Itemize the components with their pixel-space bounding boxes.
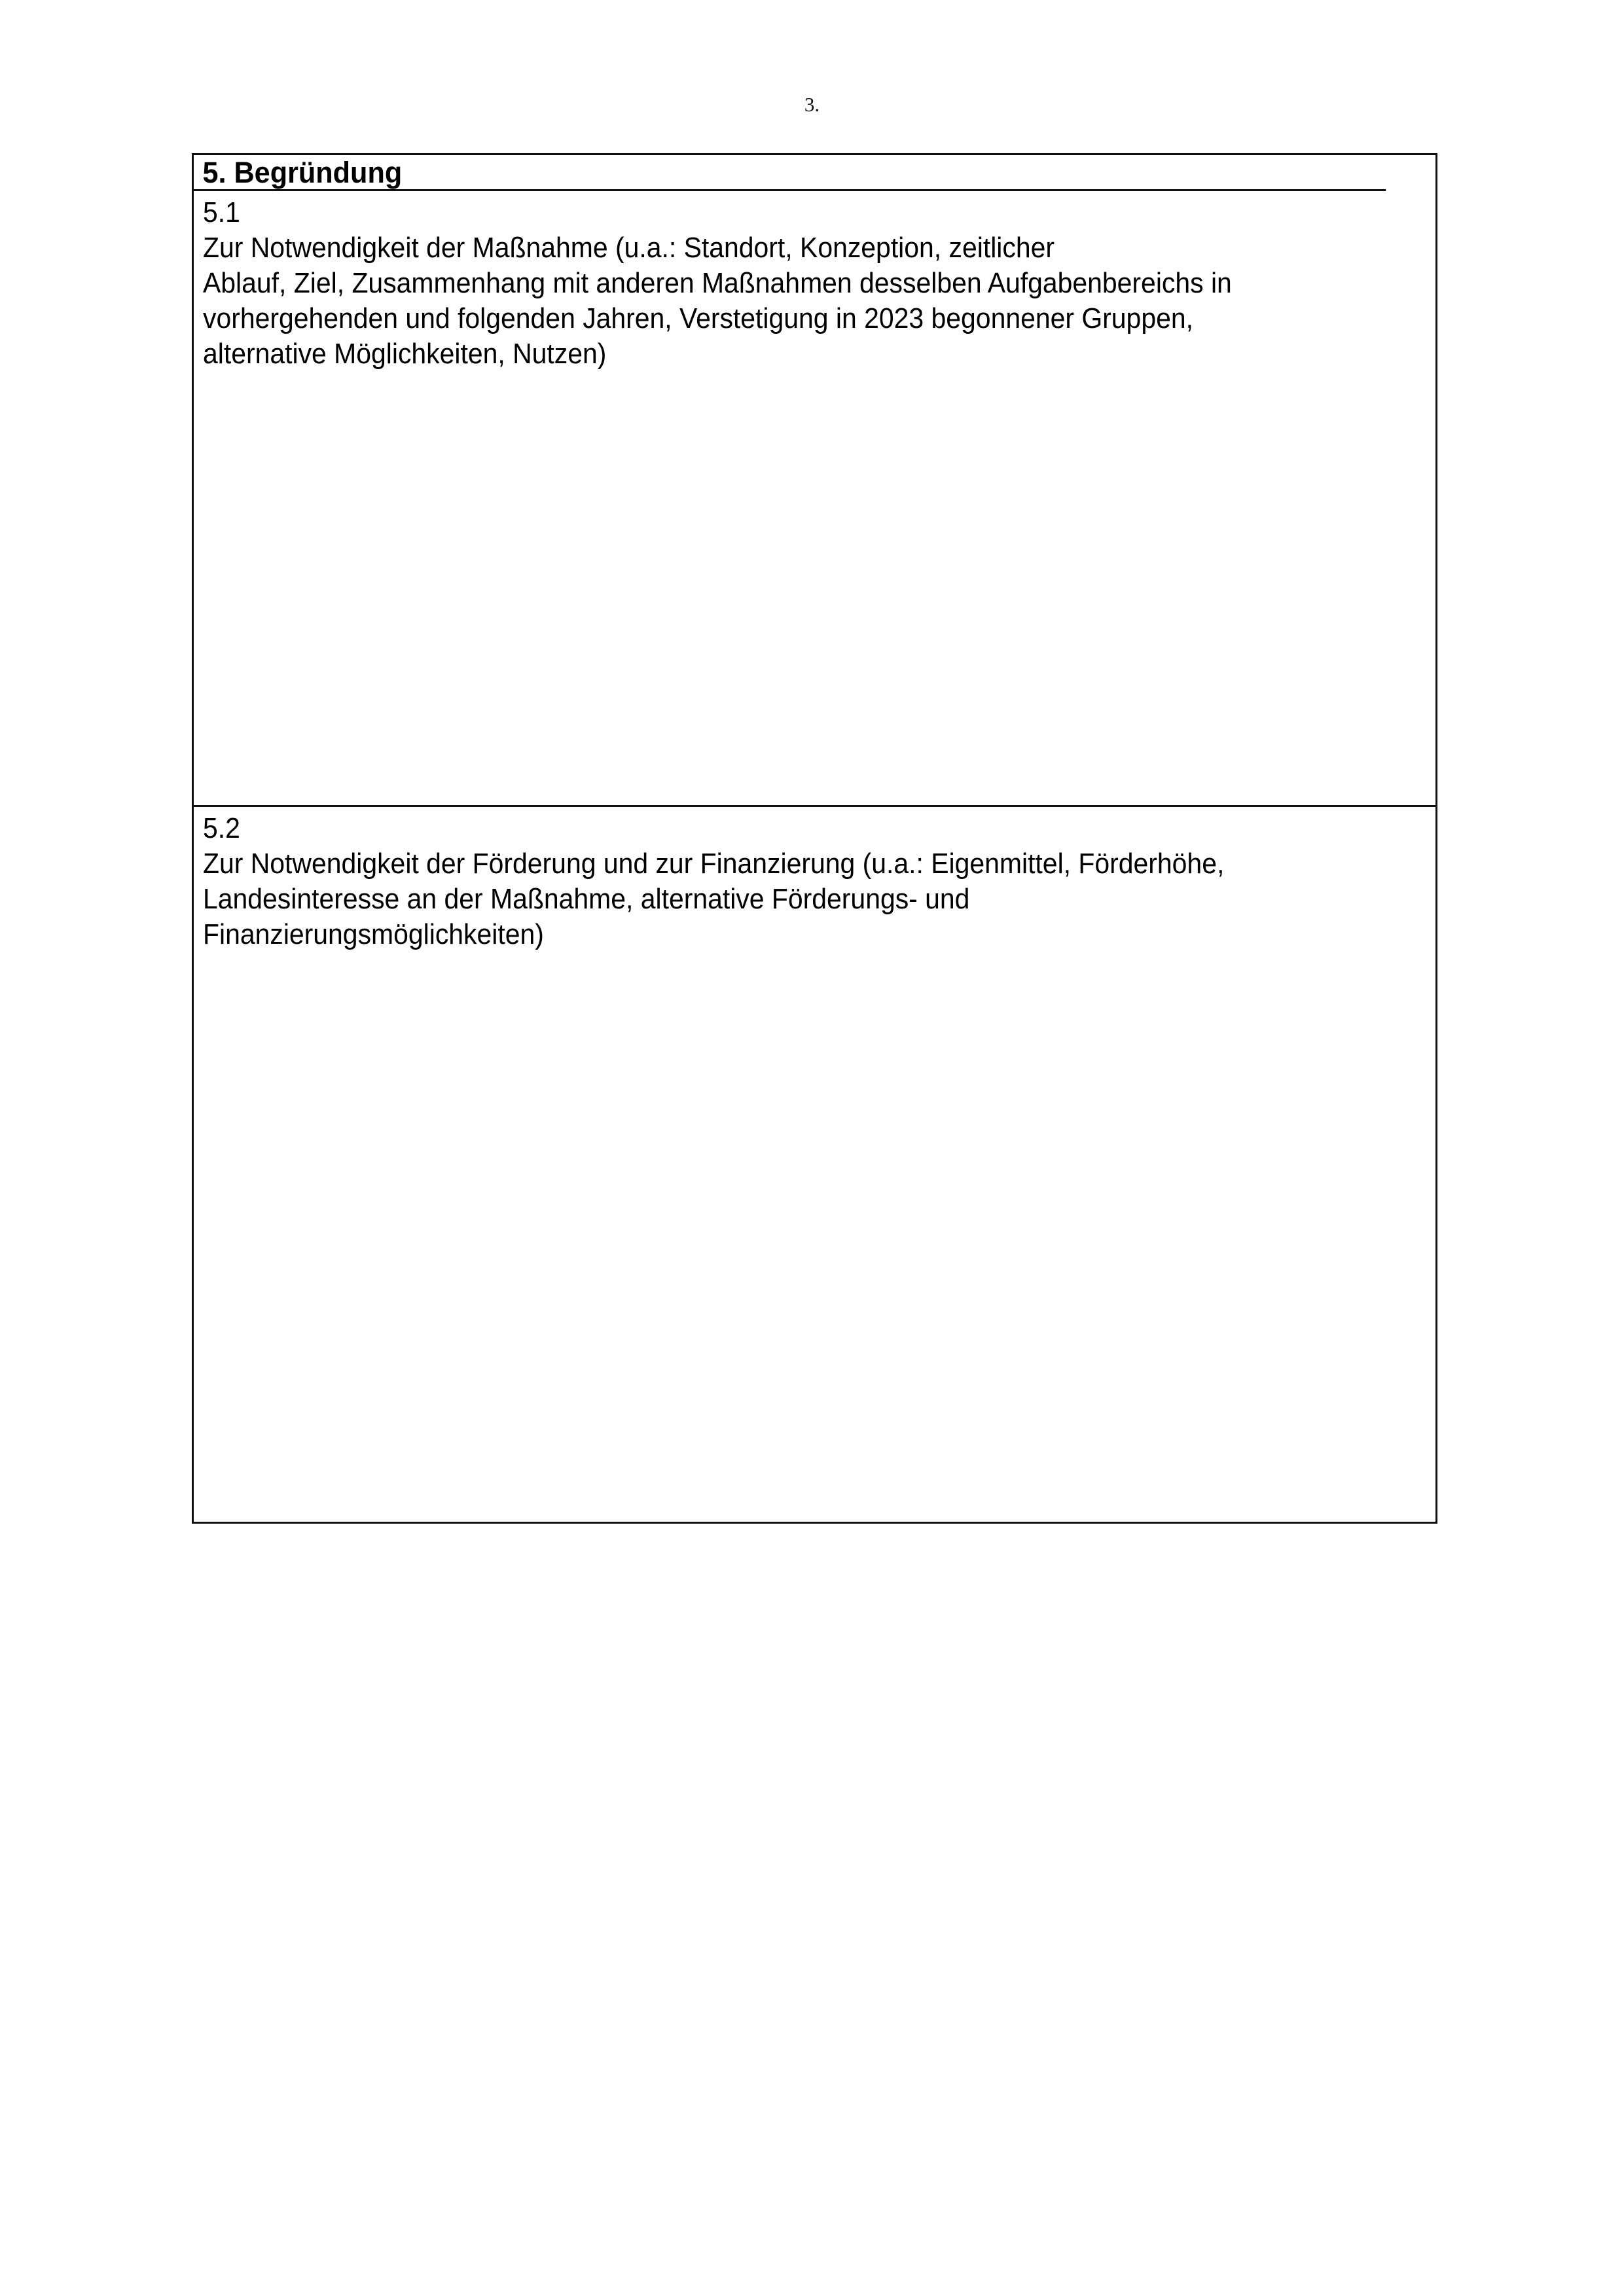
subsection-number: 5.2 [203,811,1341,846]
subsection-5-1-field[interactable]: 5.1 Zur Notwendigkeit der Maßnahme (u.a.… [194,191,1435,807]
subsection-description: Zur Notwendigkeit der Maßnahme (u.a.: St… [203,230,1341,372]
section-title: 5. Begründung [194,155,1386,191]
subsection-description: Zur Notwendigkeit der Förderung und zur … [203,846,1341,952]
page-number: 3. [0,93,1624,117]
subsection-number: 5.1 [203,195,1341,230]
subsection-5-2-field[interactable]: 5.2 Zur Notwendigkeit der Förderung und … [194,807,1435,1521]
begruendung-form-table: 5. Begründung 5.1 Zur Notwendigkeit der … [192,153,1437,1524]
